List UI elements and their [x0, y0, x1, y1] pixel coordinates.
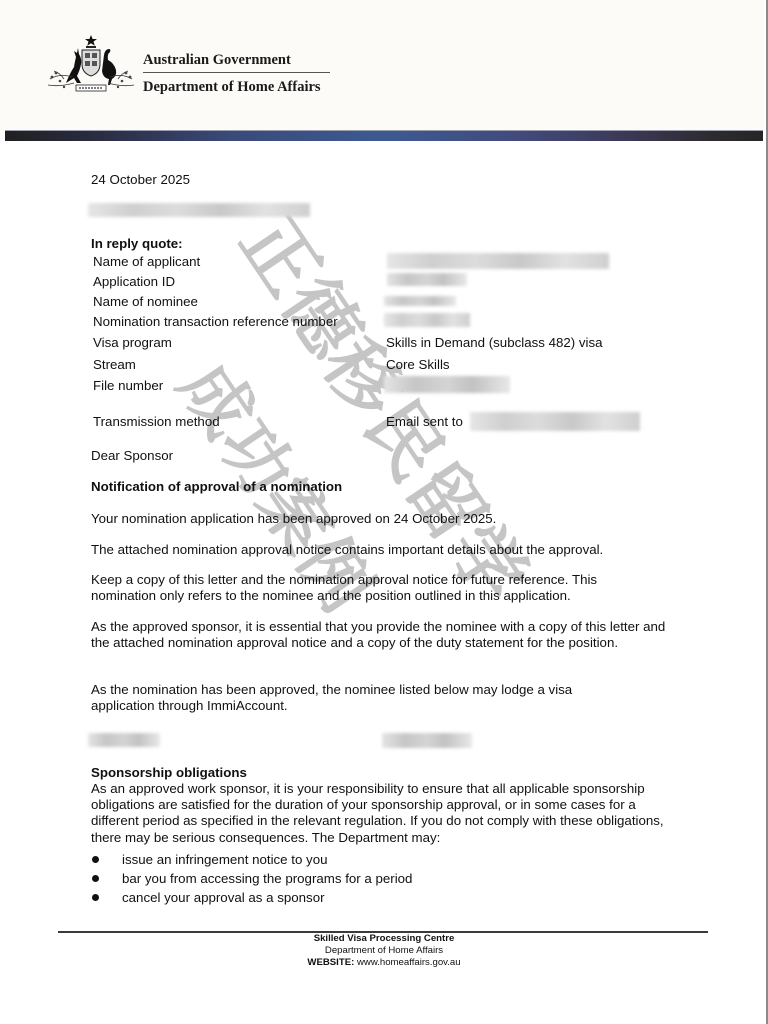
field-value-transmission: Email sent to	[386, 414, 463, 430]
obligations-heading: Sponsorship obligations	[91, 765, 247, 781]
obligations-body: As an approved work sponsor, it is your …	[91, 781, 681, 846]
paragraph-keep-copy: Keep a copy of this letter and the nomin…	[91, 572, 651, 604]
field-label-transmission: Transmission method	[93, 414, 220, 430]
field-label-application-id: Application ID	[93, 274, 175, 290]
paragraph-lodge-visa: As the nomination has been approved, the…	[91, 682, 631, 714]
field-label-visa-program: Visa program	[93, 335, 172, 351]
redacted-transaction-ref	[384, 313, 470, 327]
redacted-nominee-detail	[382, 733, 472, 748]
footer-department: Department of Home Affairs	[0, 945, 768, 957]
redacted-recipient	[88, 203, 310, 217]
field-label-nominee: Name of nominee	[93, 294, 198, 310]
paragraph-attached-notice: The attached nomination approval notice …	[91, 542, 691, 558]
letter-page: Australian Government Department of Home…	[0, 0, 768, 1024]
redacted-applicant-name	[387, 253, 609, 269]
agency-divider	[143, 72, 330, 73]
redacted-application-id	[387, 273, 467, 286]
footer-centre-name: Skilled Visa Processing Centre	[0, 933, 768, 945]
redacted-nominee-name	[384, 296, 456, 306]
footer-website-label: WEBSITE:	[307, 957, 354, 968]
obligation-item: cancel your approval as a sponsor	[122, 890, 325, 906]
footer-website: WEBSITE: www.homeaffairs.gov.au	[0, 957, 768, 969]
agency-name-primary: Australian Government	[143, 52, 291, 69]
footer-website-link[interactable]: www.homeaffairs.gov.au	[357, 957, 461, 968]
field-value-stream: Core Skills	[386, 357, 450, 373]
obligation-item: bar you from accessing the programs for …	[122, 871, 412, 887]
bullet-icon	[92, 894, 99, 901]
header-color-band	[5, 130, 763, 141]
bullet-icon	[92, 856, 99, 863]
field-value-visa-program: Skills in Demand (subclass 482) visa	[386, 335, 603, 351]
salutation: Dear Sponsor	[91, 448, 173, 464]
redacted-nominee-listed	[88, 733, 160, 747]
obligation-item: issue an infringement notice to you	[122, 852, 328, 868]
field-label-applicant: Name of applicant	[93, 254, 200, 270]
redacted-email-address	[470, 412, 640, 431]
field-label-stream: Stream	[93, 357, 136, 373]
coat-of-arms-icon	[46, 33, 136, 97]
field-label-transaction-ref: Nomination transaction reference number	[93, 314, 338, 330]
paragraph-approved: Your nomination application has been app…	[91, 511, 691, 527]
bullet-icon	[92, 875, 99, 882]
field-label-file-number: File number	[93, 378, 163, 394]
redacted-file-number	[384, 376, 510, 393]
paragraph-provide-nominee: As the approved sponsor, it is essential…	[91, 619, 671, 651]
letter-date: 24 October 2025	[91, 172, 190, 188]
reply-quote-heading: In reply quote:	[91, 236, 183, 252]
letter-subject: Notification of approval of a nomination	[91, 479, 342, 495]
agency-name-department: Department of Home Affairs	[143, 79, 321, 96]
